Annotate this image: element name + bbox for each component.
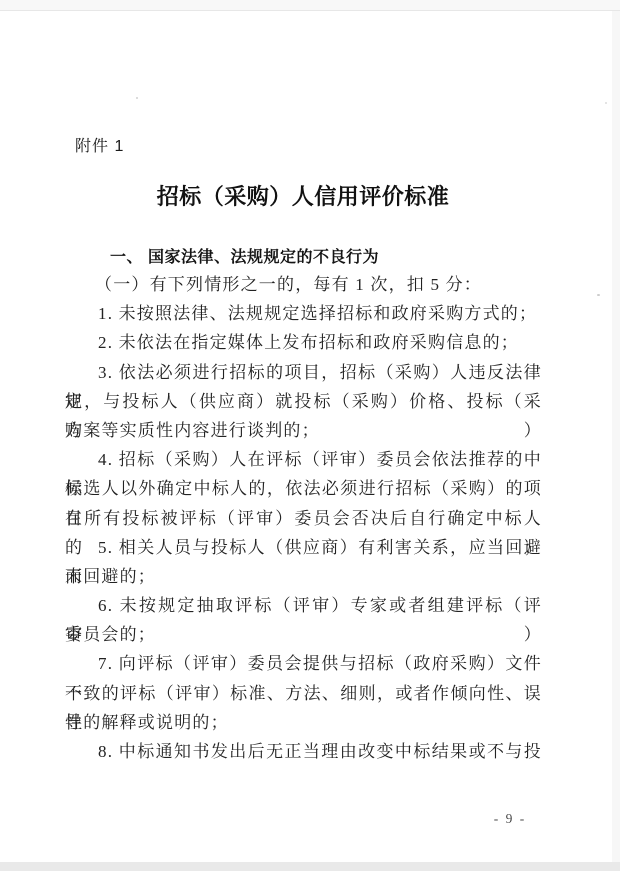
document-title: 招标（采购）人信用评价标准 — [0, 180, 606, 211]
scan-right-edge — [612, 11, 620, 862]
body-line: 未回避的； — [65, 562, 542, 591]
body-line: 8. 中标通知书发出后无正当理由改变中标结果或不与投 — [65, 737, 542, 766]
attachment-label: 附件 1 — [75, 133, 124, 156]
scan-speck — [597, 294, 600, 296]
body-line: 候选人以外确定中标人的，依法必须进行招标（采购）的项目 — [65, 474, 542, 503]
section-heading: 一、 国家法律、法规规定的不良行为 — [110, 244, 379, 267]
body-line: 在所有投标被评标（评审）委员会否决后自行确定中标人的； — [65, 504, 542, 533]
scanned-document-page: 附件 1 招标（采购）人信用评价标准 一、 国家法律、法规规定的不良行为 （一）… — [0, 0, 620, 871]
body-line: 一致的评标（评审）标准、方法、细则，或者作倾向性、误导 — [65, 679, 542, 708]
scan-speck — [605, 102, 607, 104]
body-line: 性的解释或说明的； — [65, 708, 542, 737]
body-line: 5. 相关人员与投标人（供应商）有利害关系，应当回避而 — [65, 533, 542, 562]
body-line: 6. 未按规定抽取评标（评审）专家或者组建评标（评审） — [65, 591, 542, 620]
body-line: 2. 未依法在指定媒体上发布招标和政府采购信息的； — [65, 328, 542, 357]
document-body: （一）有下列情形之一的，每有 1 次，扣 5 分： 1. 未按照法律、法规规定选… — [65, 270, 542, 766]
scan-bottom-edge — [0, 862, 620, 871]
body-line: 1. 未按照法律、法规规定选择招标和政府采购方式的； — [65, 299, 542, 328]
body-line: 4. 招标（采购）人在评标（评审）委员会依法推荐的中标 — [65, 445, 542, 474]
body-line: （一）有下列情形之一的，每有 1 次，扣 5 分： — [65, 270, 542, 299]
scan-speck — [136, 97, 138, 99]
body-line: 3. 依法必须进行招标的项目，招标（采购）人违反法律规 — [65, 358, 542, 387]
scan-top-edge — [0, 0, 620, 11]
page-number: - 9 - — [478, 811, 542, 827]
body-line: 7. 向评标（评审）委员会提供与招标（政府采购）文件不 — [65, 649, 542, 678]
body-line: 定，与投标人（供应商）就投标（采购）价格、投标（采购） — [65, 387, 542, 416]
